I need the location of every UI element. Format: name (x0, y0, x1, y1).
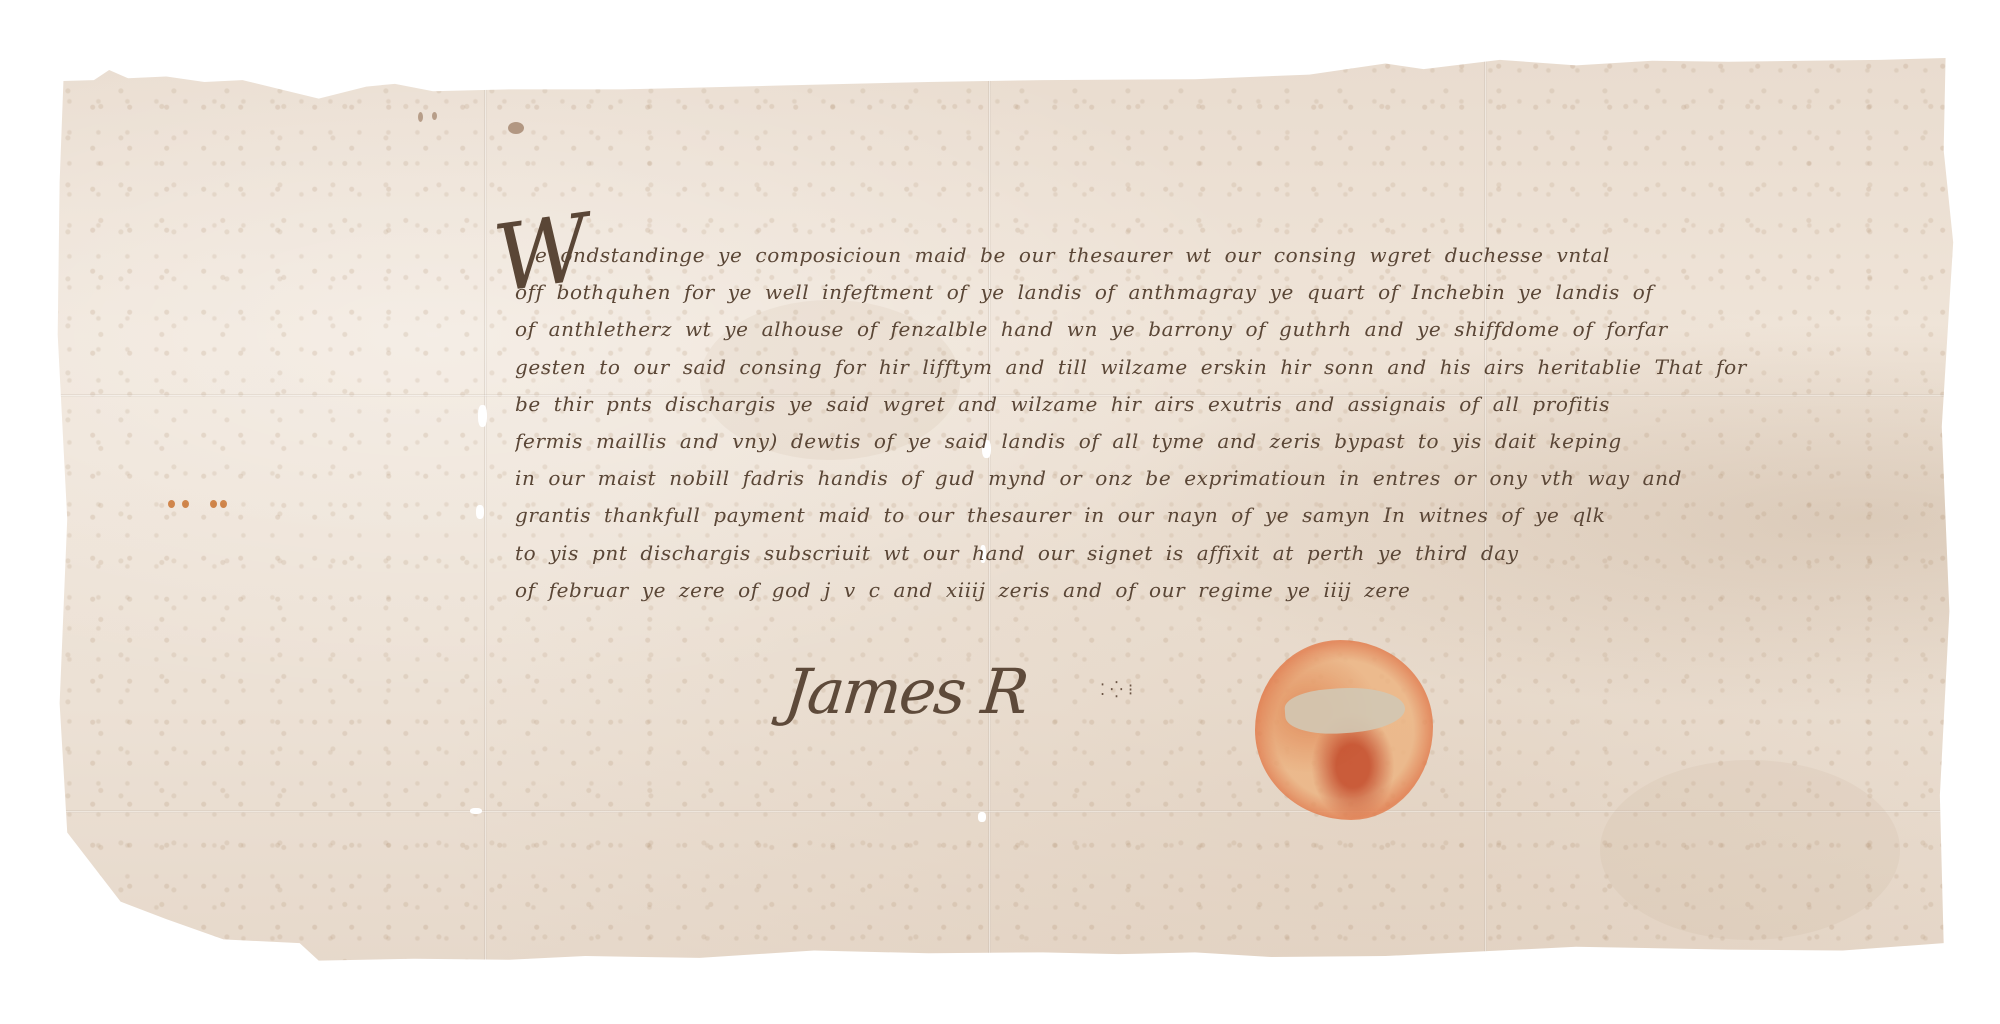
text-line: in our maist nobill fadris handis of gud… (515, 460, 1945, 497)
rust-spot (182, 500, 189, 508)
text-line: fermis maillis and vny) dewtis of ye sai… (515, 423, 1945, 460)
rust-spot (210, 500, 217, 508)
text-line: e ondstandinge ye composicioun maid be o… (515, 237, 1945, 274)
text-line: off bothquhen for ye well infeftment of … (515, 274, 1945, 311)
text-line: to yis pnt dischargis subscriuit wt our … (515, 535, 1945, 572)
text-line: of anthletherz wt ye alhouse of fenzalbl… (515, 311, 1945, 348)
text-line: gesten to our said consing for hir lifft… (515, 349, 1945, 386)
letter-body: e ondstandinge ye composicioun maid be o… (515, 237, 1945, 609)
ink-specks: ⁚ ⁛ ⁝ (1100, 680, 1133, 699)
paper-hole (476, 505, 484, 519)
paper-hole (978, 812, 986, 822)
rust-spot (168, 500, 175, 508)
text-line: of februar ye zere of god j v c and xiii… (515, 572, 1945, 609)
rust-spot (220, 500, 227, 508)
ink-speck (432, 112, 437, 120)
paper-hole (470, 808, 482, 814)
paper-hole (478, 405, 487, 427)
ink-stain (508, 122, 524, 134)
ink-speck (418, 112, 423, 122)
text-line: grantis thankfull payment maid to our th… (515, 497, 1945, 534)
fold-line-vertical-1 (484, 58, 487, 980)
text-line: be thir pnts dischargis ye said wgret an… (515, 386, 1945, 423)
royal-signature: James R (781, 655, 1030, 728)
water-stain (1600, 760, 1900, 940)
